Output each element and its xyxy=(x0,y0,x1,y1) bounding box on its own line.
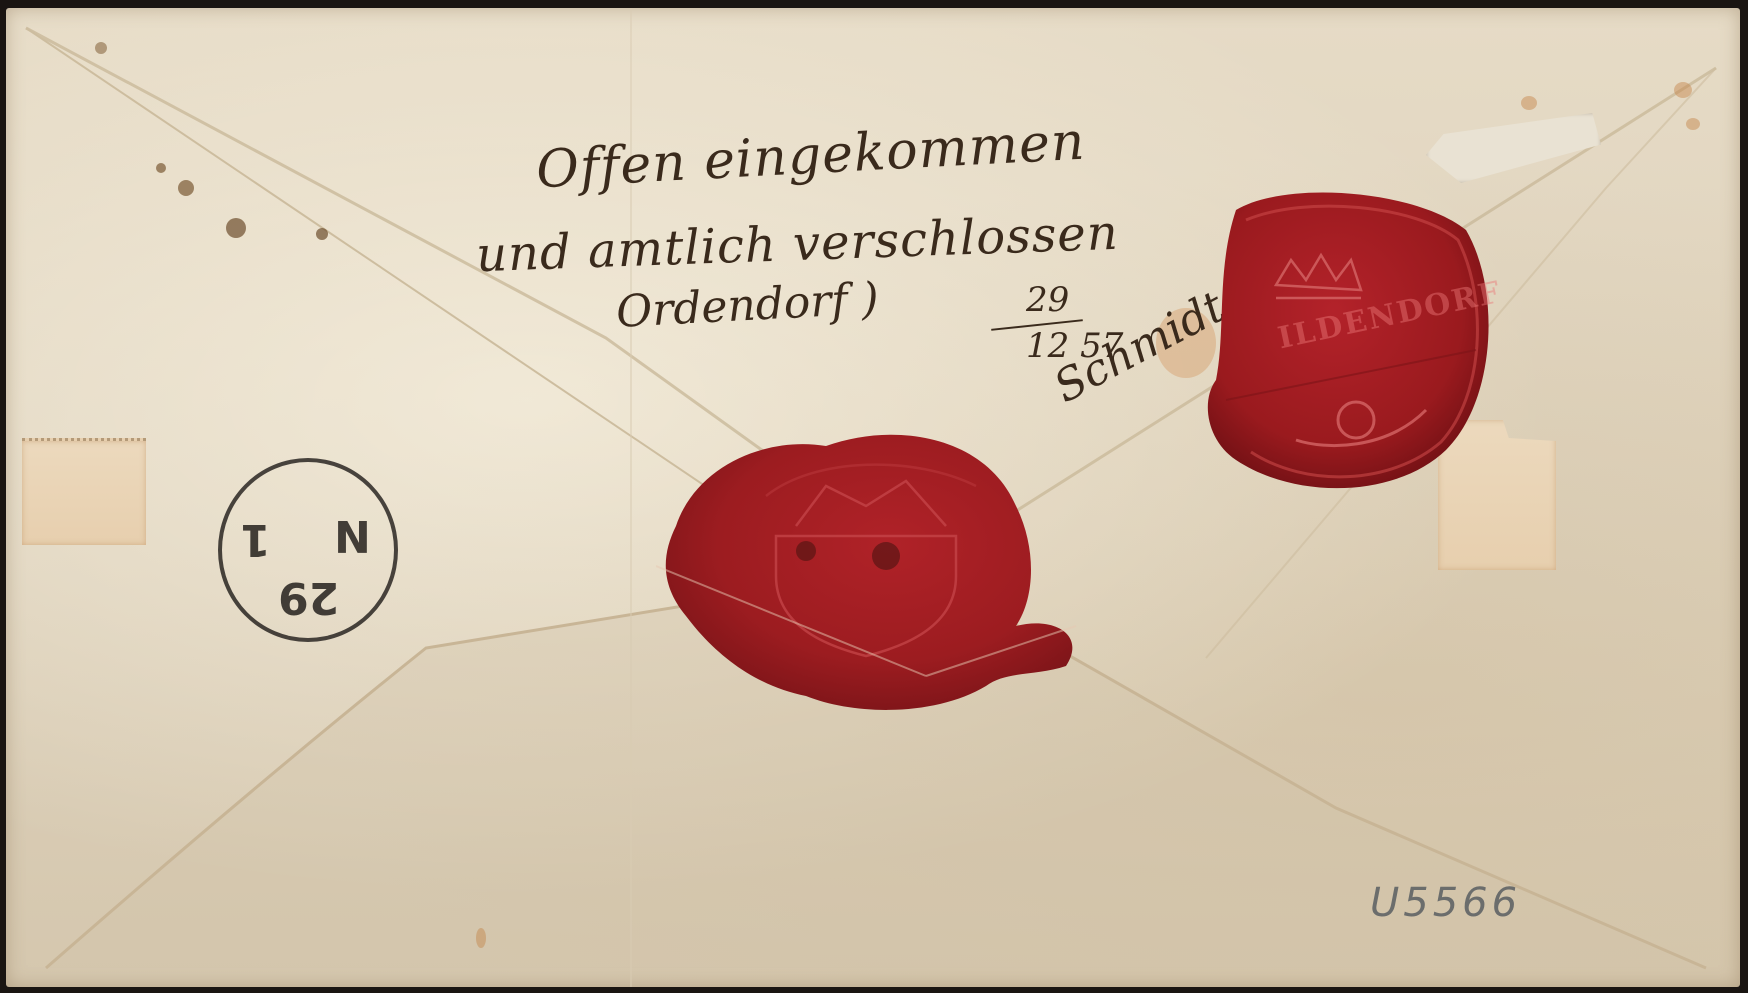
stamp-remnant-left xyxy=(22,438,146,545)
foxing-stain xyxy=(1521,96,1537,110)
wax-seal-center xyxy=(656,426,1086,716)
pencil-catalog-number: U5566 xyxy=(1370,880,1521,926)
wax-seal-right: ILDENDORF xyxy=(1196,180,1496,498)
foxing-stain xyxy=(1686,118,1700,130)
envelope-back: N 1 29 Offen eingekommen und amtlich ver… xyxy=(6,8,1740,987)
postmark-letter: N xyxy=(334,510,371,561)
foxing-stain xyxy=(1674,82,1692,98)
handwriting-date-day: 29 xyxy=(1026,280,1069,320)
postmark-number: 1 xyxy=(240,514,271,565)
circular-postmark: N 1 29 xyxy=(218,458,398,642)
postmark-day: 29 xyxy=(278,572,339,623)
foxing-stain xyxy=(476,928,486,948)
